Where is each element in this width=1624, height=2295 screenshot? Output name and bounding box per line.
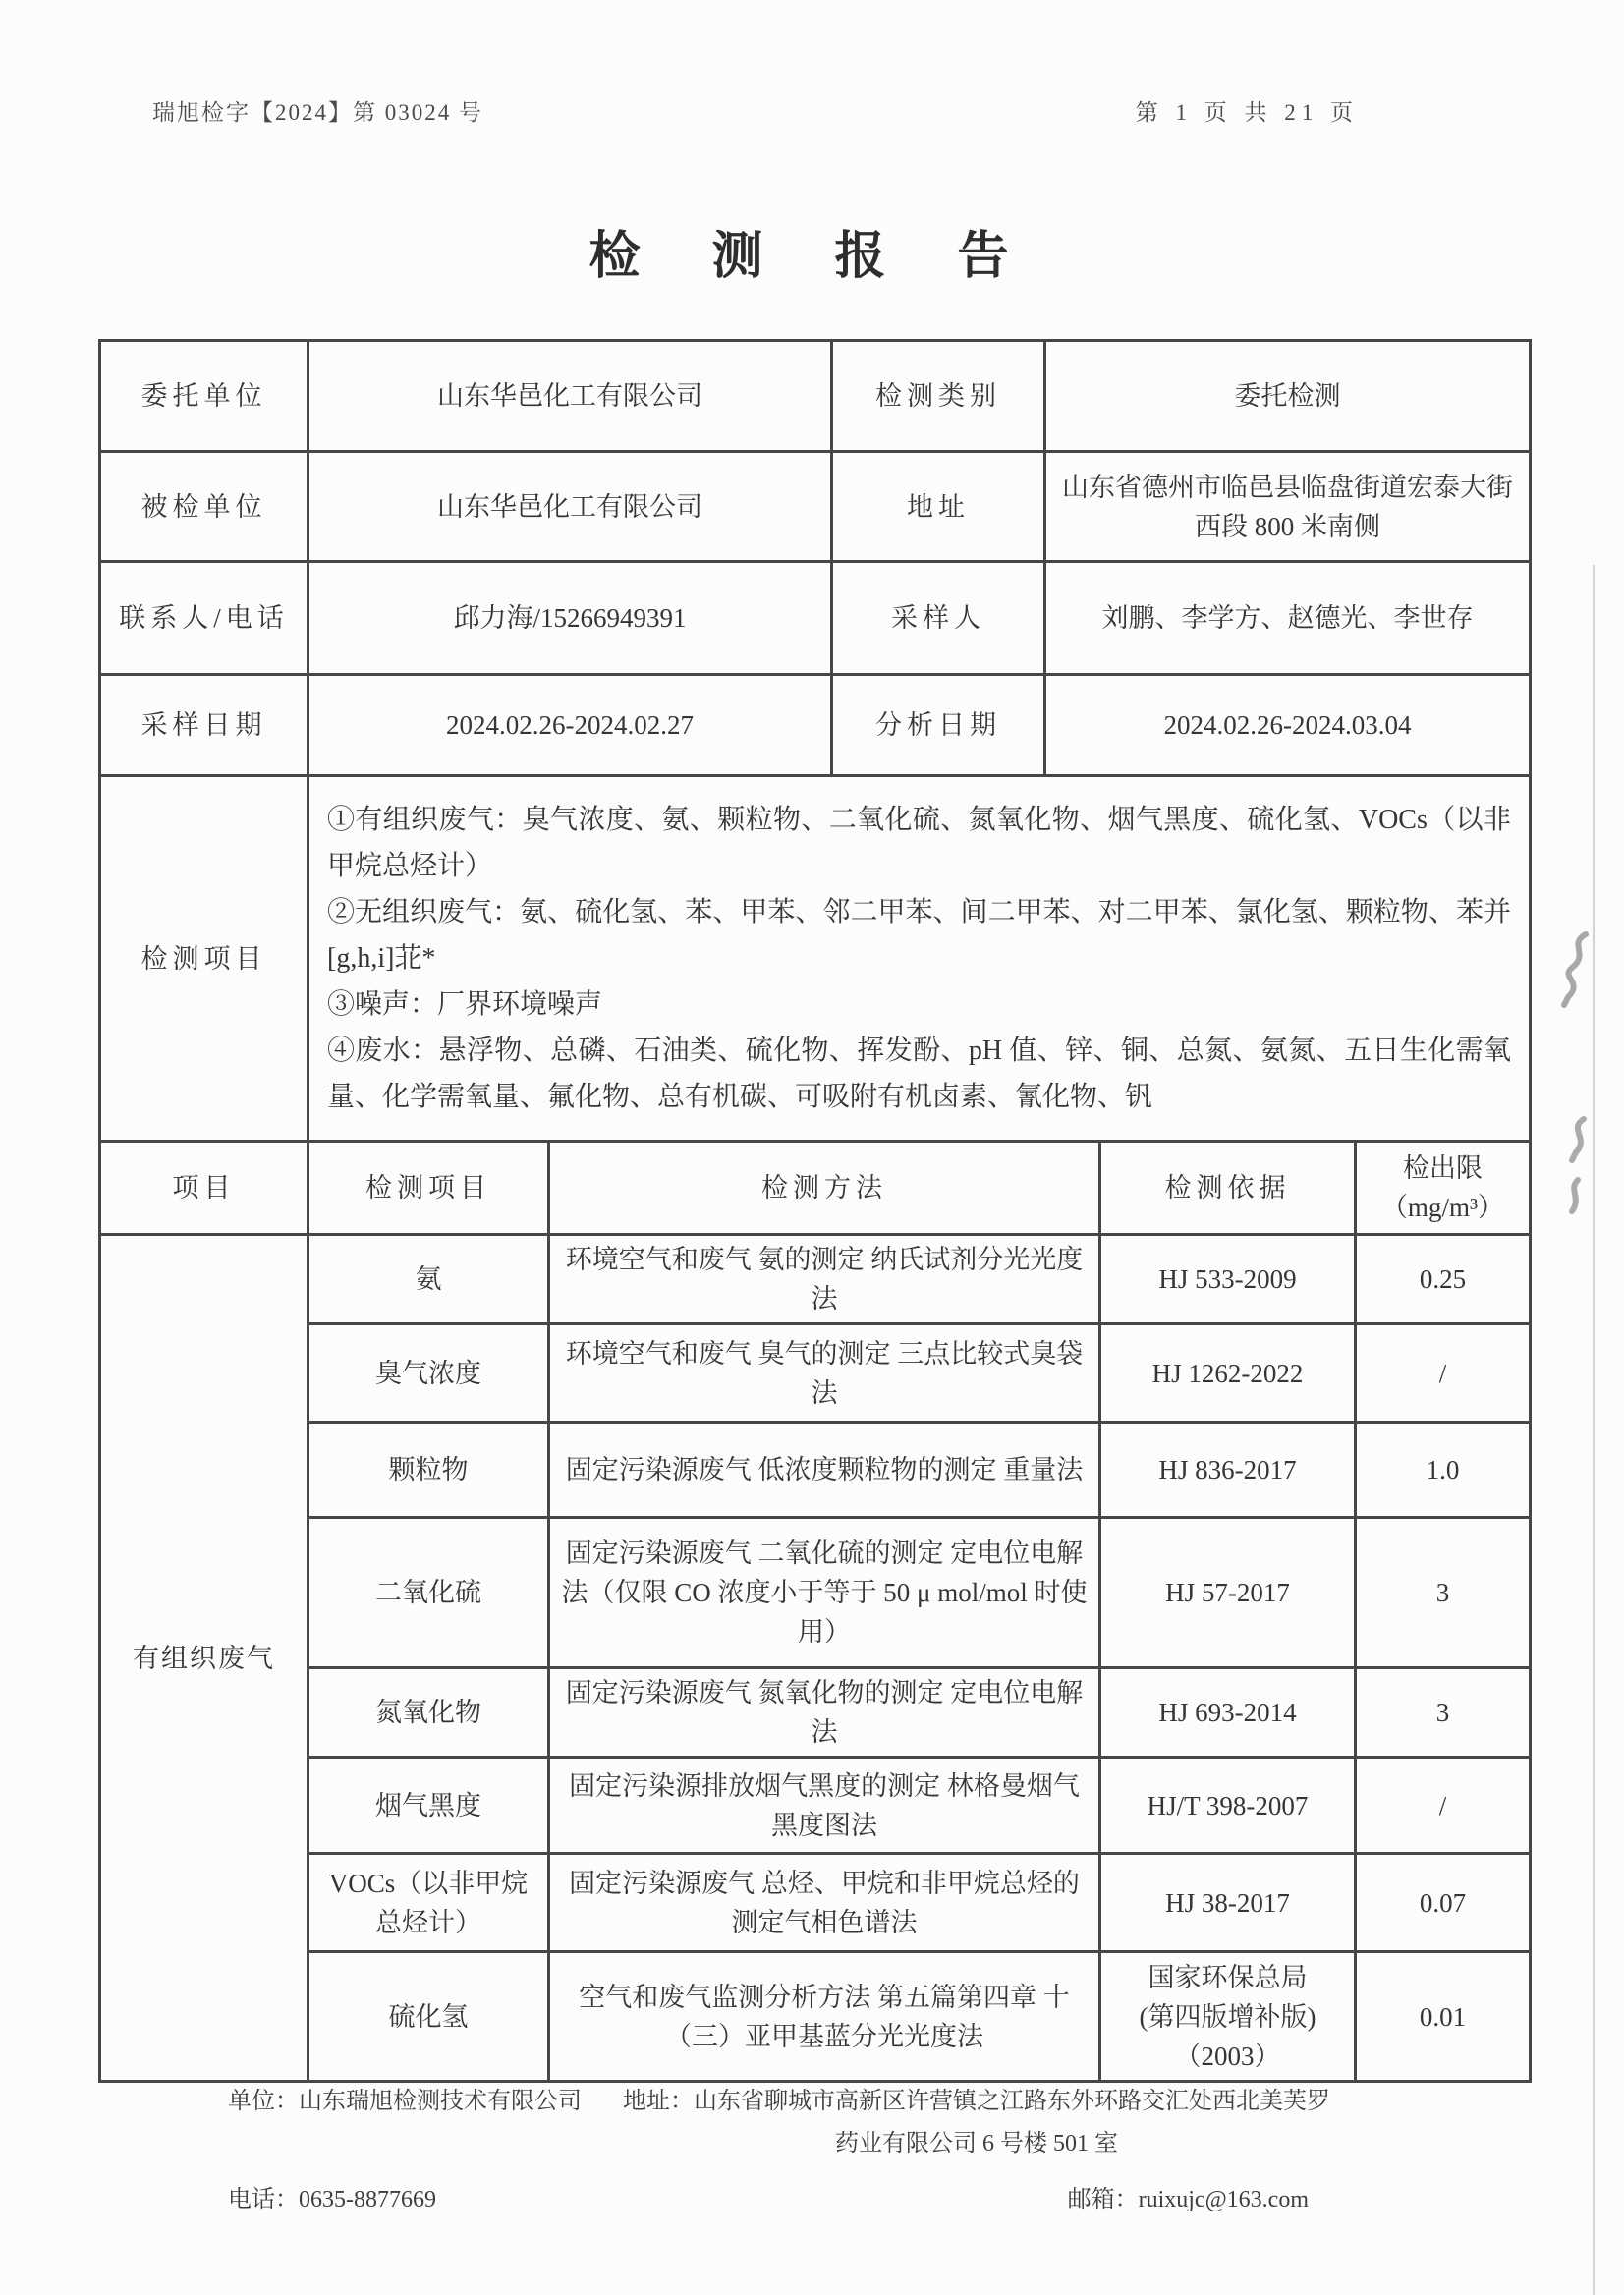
items-content: ①有组织废气：臭气浓度、氨、颗粒物、二氧化硫、氮氧化物、烟气黑度、硫化氢、VOC…	[308, 776, 1531, 1142]
item-cell: 氮氧化物	[308, 1668, 549, 1758]
basis-cell: HJ 57-2017	[1100, 1518, 1356, 1668]
footer-company: 单位：山东瑞旭检测技术有限公司	[228, 2081, 582, 2115]
col-header-item: 检测项目	[308, 1142, 549, 1235]
item-cell: 硫化氢	[308, 1952, 549, 2082]
page-footer: 单位：山东瑞旭检测技术有限公司 地址：山东省聊城市高新区许营镇之江路东外环路交汇…	[228, 2081, 1529, 2213]
ink-smudge-icon	[1556, 1115, 1596, 1223]
item-cell: 烟气黑度	[308, 1758, 549, 1854]
info-row: 被检单位 山东华邑化工有限公司 地址 山东省德州市临邑县临盘街道宏泰大街西段 8…	[100, 452, 1531, 562]
footer-address-line2: 药业有限公司 6 号楼 501 室	[623, 2123, 1330, 2157]
footer-phone: 电话：0635-8877669	[228, 2179, 436, 2213]
row-label: 被检单位	[100, 452, 308, 562]
report-page: 瑞旭检字【2024】第 03024 号 第 1 页 共 21 页 检 测 报 告…	[0, 0, 1624, 2295]
footer-email: 邮箱：ruixujc@163.com	[1068, 2179, 1309, 2213]
method-row: 硫化氢 空气和废气监测分析方法 第五篇第四章 十（三）亚甲基蓝分光光度法 国家环…	[100, 1952, 1531, 2082]
basis-cell: HJ 1262-2022	[1100, 1324, 1356, 1423]
ink-smudge-icon	[1554, 928, 1596, 1027]
row-label: 委托单位	[100, 341, 308, 452]
item-cell: 氨	[308, 1235, 549, 1324]
items-label: 检测项目	[100, 776, 308, 1142]
footer-line1: 单位：山东瑞旭检测技术有限公司 地址：山东省聊城市高新区许营镇之江路东外环路交汇…	[228, 2081, 1529, 2157]
basis-cell: 国家环保总局 (第四版增补版) （2003）	[1100, 1952, 1356, 2082]
method-row: 烟气黑度 固定污染源排放烟气黑度的测定 林格曼烟气黑度图法 HJ/T 398-2…	[100, 1758, 1531, 1854]
limit-cell: 0.01	[1356, 1952, 1531, 2082]
row-label: 采样人	[832, 562, 1045, 675]
limit-cell: 3	[1356, 1518, 1531, 1668]
footer-address-line1: 地址：山东省聊城市高新区许营镇之江路东外环路交汇处西北美芙罗	[623, 2081, 1330, 2115]
limit-cell: 1.0	[1356, 1423, 1531, 1518]
report-number: 瑞旭检字【2024】第 03024 号	[152, 94, 483, 127]
method-row: VOCs（以非甲烷总烃计） 固定污染源废气 总烃、甲烷和非甲烷总烃的测定气相色谱…	[100, 1854, 1531, 1952]
row-label: 采样日期	[100, 675, 308, 776]
method-table: 项目 检测项目 检测方法 检测依据 检出限 （mg/m³） 有组织废气 氨 环境…	[98, 1140, 1532, 2083]
method-cell: 固定污染源废气 低浓度颗粒物的测定 重量法	[549, 1423, 1100, 1518]
method-cell: 环境空气和废气 臭气的测定 三点比较式臭袋法	[549, 1324, 1100, 1423]
category-cell: 有组织废气	[100, 1235, 308, 2082]
row-value: 2024.02.26-2024.02.27	[308, 675, 832, 776]
row-value: 委托检测	[1045, 341, 1531, 452]
col-header-method: 检测方法	[549, 1142, 1100, 1235]
row-label: 分析日期	[832, 675, 1045, 776]
page-indicator: 第 1 页 共 21 页	[1136, 94, 1526, 127]
col-header-limit: 检出限 （mg/m³）	[1356, 1142, 1531, 1235]
method-cell: 固定污染源废气 氮氧化物的测定 定电位电解法	[549, 1668, 1100, 1758]
method-row: 二氧化硫 固定污染源废气 二氧化硫的测定 定电位电解法（仅限 CO 浓度小于等于…	[100, 1518, 1531, 1668]
basis-cell: HJ 693-2014	[1100, 1668, 1356, 1758]
method-row: 臭气浓度 环境空气和废气 臭气的测定 三点比较式臭袋法 HJ 1262-2022…	[100, 1324, 1531, 1423]
limit-cell: 0.07	[1356, 1854, 1531, 1952]
scan-edge-line	[1593, 565, 1595, 2295]
method-row: 氮氧化物 固定污染源废气 氮氧化物的测定 定电位电解法 HJ 693-2014 …	[100, 1668, 1531, 1758]
limit-cell: /	[1356, 1758, 1531, 1854]
row-value: 刘鹏、李学方、赵德光、李世存	[1045, 562, 1531, 675]
row-value: 山东华邑化工有限公司	[308, 452, 832, 562]
method-row: 颗粒物 固定污染源废气 低浓度颗粒物的测定 重量法 HJ 836-2017 1.…	[100, 1423, 1531, 1518]
tables-container: 委托单位 山东华邑化工有限公司 检测类别 委托检测 被检单位 山东华邑化工有限公…	[98, 339, 1529, 2083]
limit-cell: 0.25	[1356, 1235, 1531, 1324]
method-cell: 固定污染源废气 二氧化硫的测定 定电位电解法（仅限 CO 浓度小于等于 50 μ…	[549, 1518, 1100, 1668]
item-cell: VOCs（以非甲烷总烃计）	[308, 1854, 549, 1952]
page-title: 检 测 报 告	[98, 214, 1529, 288]
basis-cell: HJ 836-2017	[1100, 1423, 1356, 1518]
method-cell: 固定污染源废气 总烃、甲烷和非甲烷总烃的测定气相色谱法	[549, 1854, 1100, 1952]
row-value: 山东省德州市临邑县临盘街道宏泰大街西段 800 米南侧	[1045, 452, 1531, 562]
basis-cell: HJ/T 398-2007	[1100, 1758, 1356, 1854]
basis-cell: HJ 38-2017	[1100, 1854, 1356, 1952]
footer-address: 地址：山东省聊城市高新区许营镇之江路东外环路交汇处西北美芙罗 药业有限公司 6 …	[623, 2081, 1330, 2157]
limit-cell: /	[1356, 1324, 1531, 1423]
items-row: 检测项目 ①有组织废气：臭气浓度、氨、颗粒物、二氧化硫、氮氧化物、烟气黑度、硫化…	[100, 776, 1531, 1142]
method-cell: 空气和废气监测分析方法 第五篇第四章 十（三）亚甲基蓝分光光度法	[549, 1952, 1100, 2082]
item-cell: 臭气浓度	[308, 1324, 549, 1423]
footer-line2: 电话：0635-8877669 邮箱：ruixujc@163.com	[228, 2179, 1529, 2213]
info-table: 委托单位 山东华邑化工有限公司 检测类别 委托检测 被检单位 山东华邑化工有限公…	[98, 339, 1532, 1143]
item-cell: 颗粒物	[308, 1423, 549, 1518]
basis-cell: HJ 533-2009	[1100, 1235, 1356, 1324]
col-header-basis: 检测依据	[1100, 1142, 1356, 1235]
row-value: 邱力海/15266949391	[308, 562, 832, 675]
method-cell: 固定污染源排放烟气黑度的测定 林格曼烟气黑度图法	[549, 1758, 1100, 1854]
method-header-row: 项目 检测项目 检测方法 检测依据 检出限 （mg/m³）	[100, 1142, 1531, 1235]
info-row: 委托单位 山东华邑化工有限公司 检测类别 委托检测	[100, 341, 1531, 452]
method-cell: 环境空气和废气 氨的测定 纳氏试剂分光光度法	[549, 1235, 1100, 1324]
page-header: 瑞旭检字【2024】第 03024 号 第 1 页 共 21 页	[152, 94, 1526, 127]
row-label: 检测类别	[832, 341, 1045, 452]
col-header-category: 项目	[100, 1142, 308, 1235]
method-row: 有组织废气 氨 环境空气和废气 氨的测定 纳氏试剂分光光度法 HJ 533-20…	[100, 1235, 1531, 1324]
limit-cell: 3	[1356, 1668, 1531, 1758]
info-row: 采样日期 2024.02.26-2024.02.27 分析日期 2024.02.…	[100, 675, 1531, 776]
row-value: 山东华邑化工有限公司	[308, 341, 832, 452]
row-label: 地址	[832, 452, 1045, 562]
item-cell: 二氧化硫	[308, 1518, 549, 1668]
row-label: 联系人/电话	[100, 562, 308, 675]
info-row: 联系人/电话 邱力海/15266949391 采样人 刘鹏、李学方、赵德光、李世…	[100, 562, 1531, 675]
row-value: 2024.02.26-2024.03.04	[1045, 675, 1531, 776]
